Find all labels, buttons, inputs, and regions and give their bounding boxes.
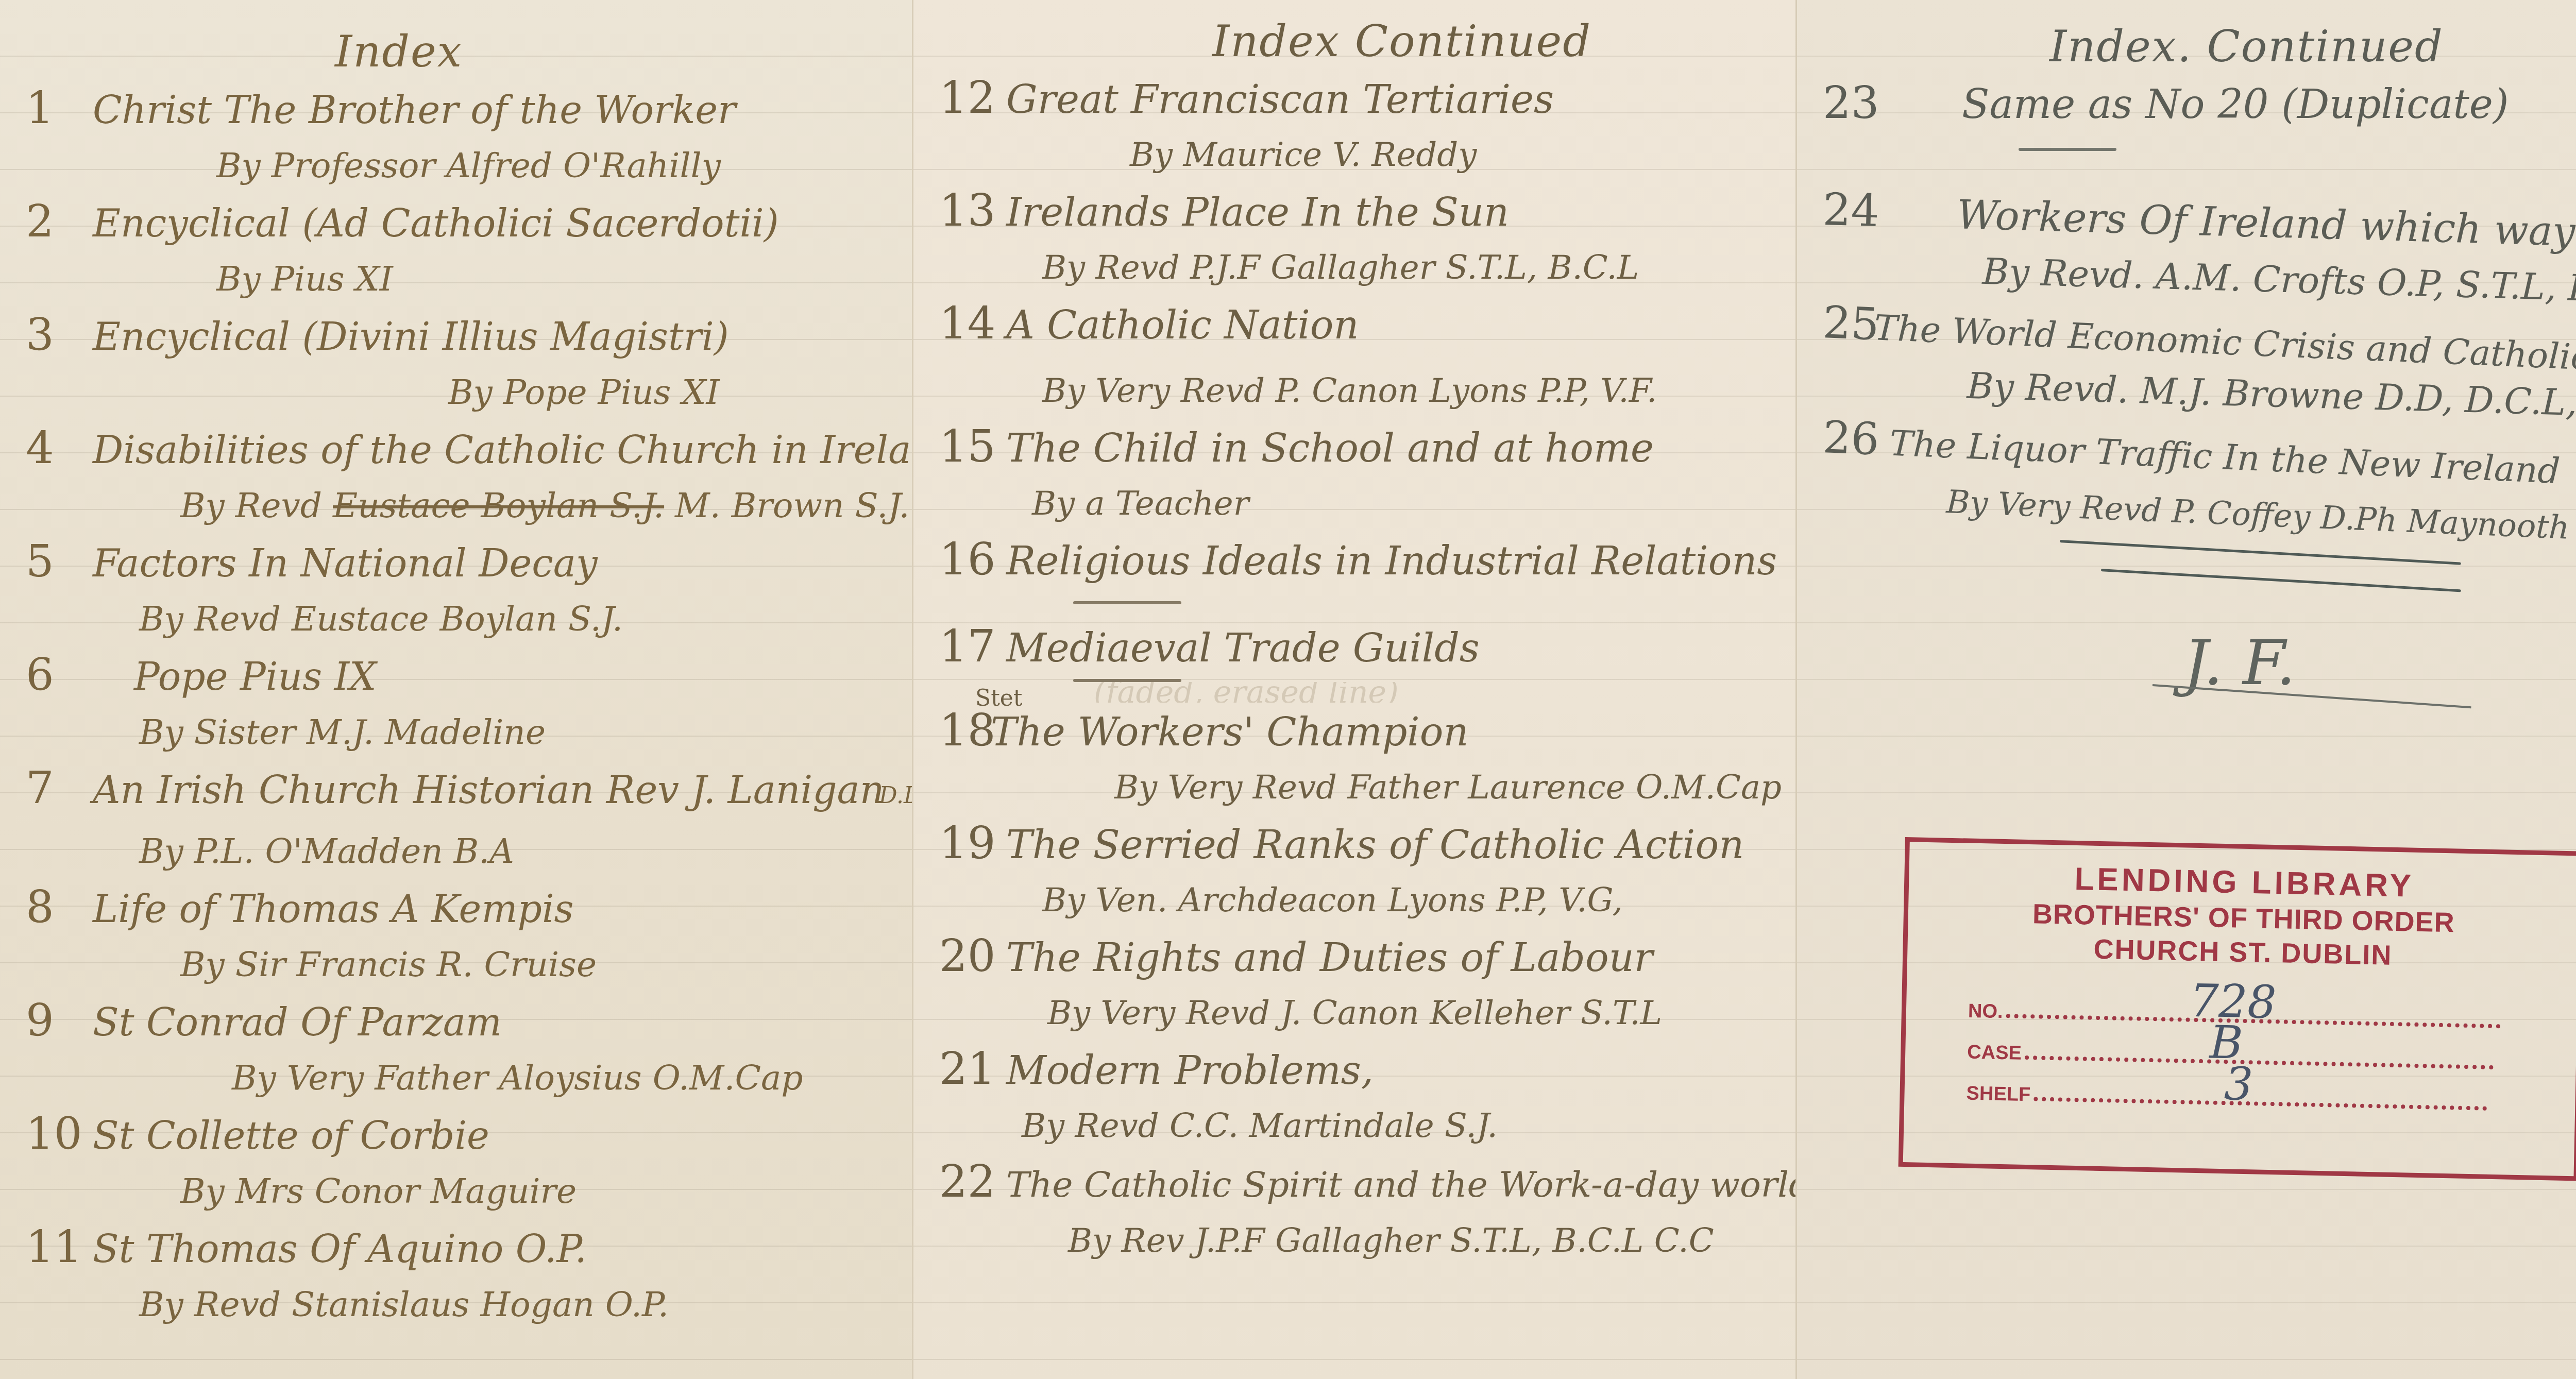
signature-initials: J. F. [1823,622,2576,756]
page-heading: Index [294,26,886,77]
entry-number: 15 [939,419,1006,474]
entry-title: Religious Ideals in Industrial Relations [1006,533,1777,589]
entry-author: By Revd Eustace Boylan S.J. M. Brown S.J… [26,478,886,534]
entry-title: The Catholic Spirit and the Work-a-day w… [1006,1157,1811,1213]
index-page-1: Index 1Christ The Brother of the Worker … [0,0,912,1379]
entry-author: By Very Revd P. Canon Lyons P.P, V.F. [939,363,1770,419]
entry-title: Same as No 20 (Duplicate) [1962,77,2509,132]
field-label: NO. [1968,1000,2003,1023]
separator-rule [1073,679,1181,682]
entry-title: Encyclical (Divini Illius Magistri) [93,309,729,365]
entry-number: 10 [26,1106,93,1162]
entry-title: Pope Pius IX [134,649,377,705]
entry-title: Great Franciscan Tertiaries [1006,72,1554,127]
entry-title: Life of Thomas A Kempis [93,881,574,937]
entry-author: By Pope Pius XI [26,365,886,420]
index-entry: 10St Collette of Corbie By Mrs Conor Mag… [26,1106,886,1219]
entry-author: By Maurice V. Reddy [939,127,1770,183]
dotted-line [2033,1097,2487,1110]
entry-number: 5 [26,534,93,589]
entry-title: The Workers' Champion [991,704,1468,760]
entry-number: 4 [26,420,93,476]
index-entry: 25The World Economic Crisis and Catholic… [1823,295,2576,410]
entry-title: Modern Problems, [1006,1043,1374,1098]
entry-author: By Revd Eustace Boylan S.J. [26,591,886,647]
entry-number: 11 [26,1219,93,1275]
field-label: SHELF [1966,1083,2030,1106]
index-entry: 13Irelands Place In the Sun By Revd P.J.… [939,183,1770,296]
index-entry: 11St Thomas Of Aquino O.P. By Revd Stani… [26,1219,886,1333]
index-entry: 12Great Franciscan Tertiaries By Maurice… [939,70,1770,183]
entry-number: 14 [939,296,1006,351]
index-entry: 26The Liquor Traffic In the New Ireland … [1823,410,2576,524]
entry-title: An Irish Church Historian Rev J. Lanigan [93,762,884,818]
index-page-3: Index. Continued 23Same as No 20 (Duplic… [1795,0,2576,1379]
index-entry: 3Encyclical (Divini Illius Magistri) By … [26,307,886,420]
erased-text: (faded, erased line) [939,682,1770,703]
entry-author: By Revd P.J.F Gallagher S.T.L, B.C.L [939,240,1770,296]
entry-author: By Revd Stanislaus Hogan O.P. [26,1277,886,1333]
rule-line [2060,540,2461,565]
index-entry: 22The Catholic Spirit and the Work-a-day… [939,1154,1770,1269]
index-entry: 7An Irish Church Historian Rev J. Laniga… [26,760,886,879]
index-entry: 19The Serried Ranks of Catholic Action B… [939,815,1770,928]
field-value: 3 [2224,1057,2253,1111]
entry-number: 1 [26,80,93,136]
entry-number: 26 [1822,410,1891,468]
entry-number: 22 [939,1154,1006,1210]
index-entry: 8Life of Thomas A Kempis By Sir Francis … [26,879,886,993]
index-entry: 14A Catholic Nation By Very Revd P. Cano… [939,296,1770,419]
library-stamp: LENDING LIBRARY BROTHERS' OF THIRD ORDER… [1899,837,2576,1181]
stet-margin-note: Stet [975,685,1023,711]
entry-title: The Child in School and at home [1006,420,1654,476]
entry-author: By Mrs Conor Maguire [26,1164,886,1219]
author-prefix: By Revd [180,486,322,525]
entry-title: St Conrad Of Parzam [93,995,502,1050]
entry-title: A Catholic Nation [1006,297,1359,353]
entry-title: Disabilities of the Catholic Church in I… [93,422,960,478]
entry-title: The Rights and Duties of Labour [1006,930,1653,985]
index-entry: Stet 18The Workers' Champion By Very Rev… [939,703,1770,815]
entry-number: 24 [1822,182,1891,240]
index-entry: 6Pope Pius IX By Sister M.J. Madeline [26,647,886,760]
entry-number: 17 [939,619,1006,674]
entry-author: By Ven. Archdeacon Lyons P.P, V.G, [939,873,1770,928]
corrected-author-name: M. Brown S.J. [675,486,909,525]
index-page-2: Index Continued 12Great Franciscan Terti… [912,0,1795,1379]
struck-author-name: Eustace Boylan S.J. [333,486,664,525]
closing-double-rule [1823,524,2576,602]
entry-number: 8 [26,879,93,935]
entry-number: 20 [939,928,1006,984]
entry-author: By P.L. O'Madden B.A [26,824,886,879]
entry-author: By Pius XI [26,251,886,307]
separator-rule [2019,148,2116,151]
entry-author: By Revd C.C. Martindale S.J. [939,1098,1770,1154]
page-heading: Index. Continued [2049,21,2576,72]
entry-author: By a Teacher [939,476,1770,532]
index-entry: 1Christ The Brother of the Worker By Pro… [26,80,886,194]
entry-author: By Sister M.J. Madeline [26,705,886,760]
entry-title: Christ The Brother of the Worker [93,82,736,138]
entry-number: 3 [26,307,93,363]
index-entry: 2Encyclical (Ad Catholici Sacerdotii) By… [26,194,886,307]
index-entry: 15The Child in School and at home By a T… [939,419,1770,532]
entry-title: The Serried Ranks of Catholic Action [1006,817,1744,873]
entry-number: 23 [1823,75,1890,131]
index-entry: 24Workers Of Ireland which way? By Revd.… [1823,182,2576,295]
rule-line [2101,569,2461,592]
entry-title: St Collette of Corbie [93,1108,489,1164]
separator-rule [1073,601,1181,604]
entry-number: 12 [939,70,1006,126]
entry-number: 21 [939,1041,1006,1097]
index-entry: 5Factors In National Decay By Revd Eusta… [26,534,886,647]
entry-number: 2 [26,194,93,249]
entry-title: Irelands Place In the Sun [1006,184,1509,240]
entry-author: By Very Revd J. Canon Kelleher S.T.L [939,985,1770,1041]
entry-title: Mediaeval Trade Guilds [1006,620,1480,676]
entry-number: 7 [26,760,93,816]
page-heading: Index Continued [1212,15,1770,67]
index-entry: 9St Conrad Of Parzam By Very Father Aloy… [26,993,886,1106]
entry-number: 6 [26,647,93,703]
entry-author: By Sir Francis R. Cruise [26,937,886,993]
entry-number: 13 [939,183,1006,239]
entry-author: By Very Father Aloysius O.M.Cap [26,1050,886,1106]
entry-title: Encyclical (Ad Catholici Sacerdotii) [93,196,779,251]
entry-author: By Professor Alfred O'Rahilly [26,138,886,194]
entry-title: Factors In National Decay [93,536,598,591]
index-entry: 17Mediaeval Trade Guilds [939,619,1770,676]
entry-number: 16 [939,532,1006,587]
index-entry: 21Modern Problems, By Revd C.C. Martinda… [939,1041,1770,1154]
entry-title: St Thomas Of Aquino O.P. [93,1221,587,1277]
entry-author: By Rev J.P.F Gallagher S.T.L, B.C.L C.C [939,1213,1770,1269]
scanned-index-spread: Index 1Christ The Brother of the Worker … [0,0,2576,1379]
index-entry: 4Disabilities of the Catholic Church in … [26,420,886,534]
index-entry: 20The Rights and Duties of Labour By Ver… [939,928,1770,1041]
index-entry: 16Religious Ideals in Industrial Relatio… [939,532,1770,589]
index-entry: 23Same as No 20 (Duplicate) [1823,75,2576,132]
entry-number: 19 [939,815,1006,871]
entry-number: 9 [26,993,93,1048]
field-label: CASE [1967,1042,2022,1065]
entry-author: By Very Revd Father Laurence O.M.Cap [939,760,1770,815]
